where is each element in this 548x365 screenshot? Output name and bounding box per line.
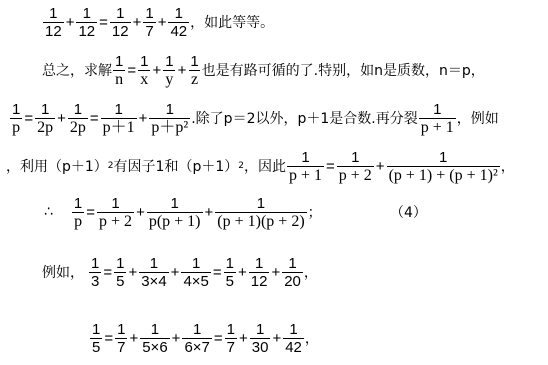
fraction: 16×7 — [182, 321, 211, 356]
operator: + — [152, 62, 161, 79]
numerator: 1 — [349, 149, 361, 166]
numerator: 1 — [188, 53, 200, 70]
numerator: 1 — [299, 149, 311, 166]
fraction: 112 — [43, 5, 64, 40]
fraction: 17 — [115, 321, 127, 356]
fraction: 1p + 2 — [97, 195, 134, 230]
fraction: 1n — [113, 53, 125, 88]
numerator: 1 — [143, 5, 155, 22]
fraction: 142 — [168, 5, 189, 40]
numerator: 1 — [72, 101, 84, 118]
numerator: 1 — [10, 101, 22, 118]
text-run: ，利用（p＋1） — [6, 156, 108, 176]
text-run: ， — [304, 262, 318, 282]
text-run: ，如此等等。 — [190, 12, 274, 32]
denominator: 5 — [114, 272, 126, 290]
equation-line-3: 1p = 12p + 12p = 1p＋1 + 1p＋p² .除了p＝2以外，p… — [9, 98, 499, 138]
numerator: 1 — [173, 5, 185, 22]
numerator: 1 — [113, 53, 125, 70]
fraction: 112 — [249, 255, 270, 290]
fraction: 15×6 — [140, 321, 169, 356]
denominator: 42 — [283, 338, 304, 356]
operator: + — [129, 330, 138, 347]
numerator: 1 — [286, 255, 298, 272]
numerator: 1 — [47, 5, 59, 22]
text-run: .除了p＝2以外，p＋1是合数.再分裂 — [191, 108, 418, 128]
fraction: 112 — [110, 5, 131, 40]
operator: + — [178, 62, 187, 79]
operator: = — [127, 62, 136, 79]
numerator: 1 — [163, 53, 175, 70]
operator: = — [104, 330, 113, 347]
equation-line-6: 例如， 13 = 15 + 13×4 + 14×5 = 15 + 112 + 1… — [42, 252, 318, 292]
fraction: 17 — [143, 5, 155, 40]
denominator: p＋p² — [149, 118, 190, 136]
operator: + — [239, 330, 248, 347]
fraction: 12p — [35, 101, 55, 136]
fraction: 1y — [163, 53, 175, 88]
text-run: 总之，求解 — [42, 60, 112, 80]
denominator: 6×7 — [182, 338, 211, 356]
equation-line-1: 112 + 112 = 112 + 17 + 142 ，如此等等。 — [42, 2, 274, 42]
denominator: p + 1 — [419, 118, 456, 136]
operator: + — [57, 110, 66, 127]
text-run: ，例如 — [457, 108, 499, 128]
numerator: 1 — [89, 255, 101, 272]
operator: = — [326, 158, 335, 175]
denominator: 30 — [250, 338, 271, 356]
fraction: 13×4 — [139, 255, 168, 290]
fraction: 1p + 1 — [287, 149, 324, 184]
denominator: y — [163, 70, 175, 88]
denominator: (p + 1)(p + 2) — [215, 212, 306, 230]
text-run: ，因此 — [244, 156, 286, 176]
fraction: 1p(p + 1) — [147, 195, 203, 230]
equation-line-5: ∴ 1p = 1p + 2 + 1p(p + 1) + 1(p + 1)(p +… — [44, 192, 322, 232]
fraction: 1p + 2 — [337, 149, 374, 184]
denominator: x — [138, 70, 150, 88]
denominator: p — [72, 212, 84, 230]
numerator: 1 — [149, 321, 161, 338]
denominator: p — [10, 118, 22, 136]
operator: + — [271, 264, 280, 281]
denominator: p + 2 — [337, 166, 374, 184]
text-run: 也是有路可循的了.特别，如n是质数，n＝p， — [202, 60, 485, 80]
numerator: 1 — [169, 195, 181, 212]
equation-line-7: 15 = 17 + 15×6 + 16×7 = 17 + 130 + 142 ， — [89, 318, 319, 358]
numerator: 1 — [115, 321, 127, 338]
numerator: 1 — [114, 255, 126, 272]
fraction: 15 — [90, 321, 102, 356]
fraction: 1p — [72, 195, 84, 230]
numerator: 1 — [148, 255, 160, 272]
text-run: ； — [308, 202, 322, 222]
denominator: (p + 1) + (p + 1)² — [387, 166, 500, 184]
denominator: 5 — [224, 272, 236, 290]
numerator: 1 — [81, 5, 93, 22]
denominator: p + 2 — [97, 212, 134, 230]
denominator: 7 — [225, 338, 237, 356]
fraction: 1(p + 1) + (p + 1)² — [387, 149, 500, 184]
operator: + — [66, 14, 75, 31]
fraction: 15 — [114, 255, 126, 290]
fraction: 130 — [250, 321, 271, 356]
numerator: 1 — [72, 195, 84, 212]
fraction: 13 — [89, 255, 101, 290]
numerator: 1 — [191, 321, 203, 338]
denominator: 5 — [90, 338, 102, 356]
numerator: 1 — [109, 195, 121, 212]
operator: = — [99, 14, 108, 31]
fraction: 142 — [283, 321, 304, 356]
denominator: 5×6 — [140, 338, 169, 356]
fraction: 1p＋p² — [149, 101, 190, 136]
numerator: 1 — [253, 255, 265, 272]
fraction: 1(p + 1)(p + 2) — [215, 195, 306, 230]
fraction: 15 — [224, 255, 236, 290]
text-run: ， — [305, 328, 319, 348]
denominator: 7 — [115, 338, 127, 356]
numerator: 1 — [287, 321, 299, 338]
numerator: 1 — [39, 101, 51, 118]
numerator: 1 — [255, 195, 267, 212]
operator: = — [86, 204, 95, 221]
operator: + — [205, 204, 214, 221]
operator: + — [139, 110, 148, 127]
numerator: 1 — [224, 255, 236, 272]
operator: + — [376, 158, 385, 175]
denominator: 7 — [143, 22, 155, 40]
text-run: ， — [501, 156, 515, 176]
operator: + — [136, 204, 145, 221]
numerator: 1 — [112, 101, 124, 118]
operator: + — [158, 14, 167, 31]
fraction: 1p — [10, 101, 22, 136]
fraction: 1p＋1 — [101, 101, 137, 136]
fraction: 1x — [138, 53, 150, 88]
fraction: 1z — [188, 53, 200, 88]
equation-line-2: 总之，求解 1n = 1x + 1y + 1z 也是有路可循的了.特别，如n是质… — [42, 50, 485, 90]
denominator: 12 — [249, 272, 270, 290]
fraction: 17 — [225, 321, 237, 356]
operator: = — [90, 110, 99, 127]
operator: = — [213, 264, 222, 281]
operator: + — [238, 264, 247, 281]
fraction: 120 — [282, 255, 303, 290]
operator: + — [133, 14, 142, 31]
denominator: 12 — [43, 22, 64, 40]
text-run: 有因子1和（p＋1） — [114, 156, 239, 176]
denominator: n — [113, 70, 125, 88]
denominator: p(p + 1) — [147, 212, 203, 230]
fraction: 14×5 — [181, 255, 210, 290]
denominator: 2p — [68, 118, 88, 136]
denominator: 42 — [168, 22, 189, 40]
equation-number: （4） — [390, 192, 427, 232]
operator: + — [171, 264, 180, 281]
equation-line-4: ，利用（p＋1）2 有因子1和（p＋1）2 ，因此 1p + 1 = 1p + … — [6, 146, 515, 186]
fraction: 1p + 1 — [419, 101, 456, 136]
operator: + — [128, 264, 137, 281]
text-run: 例如， — [42, 262, 84, 282]
numerator: 1 — [138, 53, 150, 70]
denominator: p + 1 — [287, 166, 324, 184]
fraction: 112 — [76, 5, 97, 40]
denominator: p＋1 — [101, 118, 137, 136]
denominator: 2p — [35, 118, 55, 136]
numerator: 1 — [254, 321, 266, 338]
therefore-symbol: ∴ — [44, 204, 53, 220]
denominator: 12 — [110, 22, 131, 40]
numerator: 1 — [437, 149, 449, 166]
denominator: 20 — [282, 272, 303, 290]
numerator: 1 — [190, 255, 202, 272]
numerator: 1 — [225, 321, 237, 338]
denominator: z — [189, 70, 200, 88]
numerator: 1 — [114, 5, 126, 22]
operator: = — [103, 264, 112, 281]
equation-number-label: （4） — [390, 202, 427, 222]
numerator: 1 — [90, 321, 102, 338]
denominator: 3 — [89, 272, 101, 290]
denominator: 4×5 — [181, 272, 210, 290]
numerator: 1 — [431, 101, 443, 118]
fraction: 12p — [68, 101, 88, 136]
operator: + — [172, 330, 181, 347]
operator: + — [272, 330, 281, 347]
denominator: 3×4 — [139, 272, 168, 290]
denominator: 12 — [76, 22, 97, 40]
numerator: 1 — [164, 101, 176, 118]
operator: = — [214, 330, 223, 347]
operator: = — [24, 110, 33, 127]
